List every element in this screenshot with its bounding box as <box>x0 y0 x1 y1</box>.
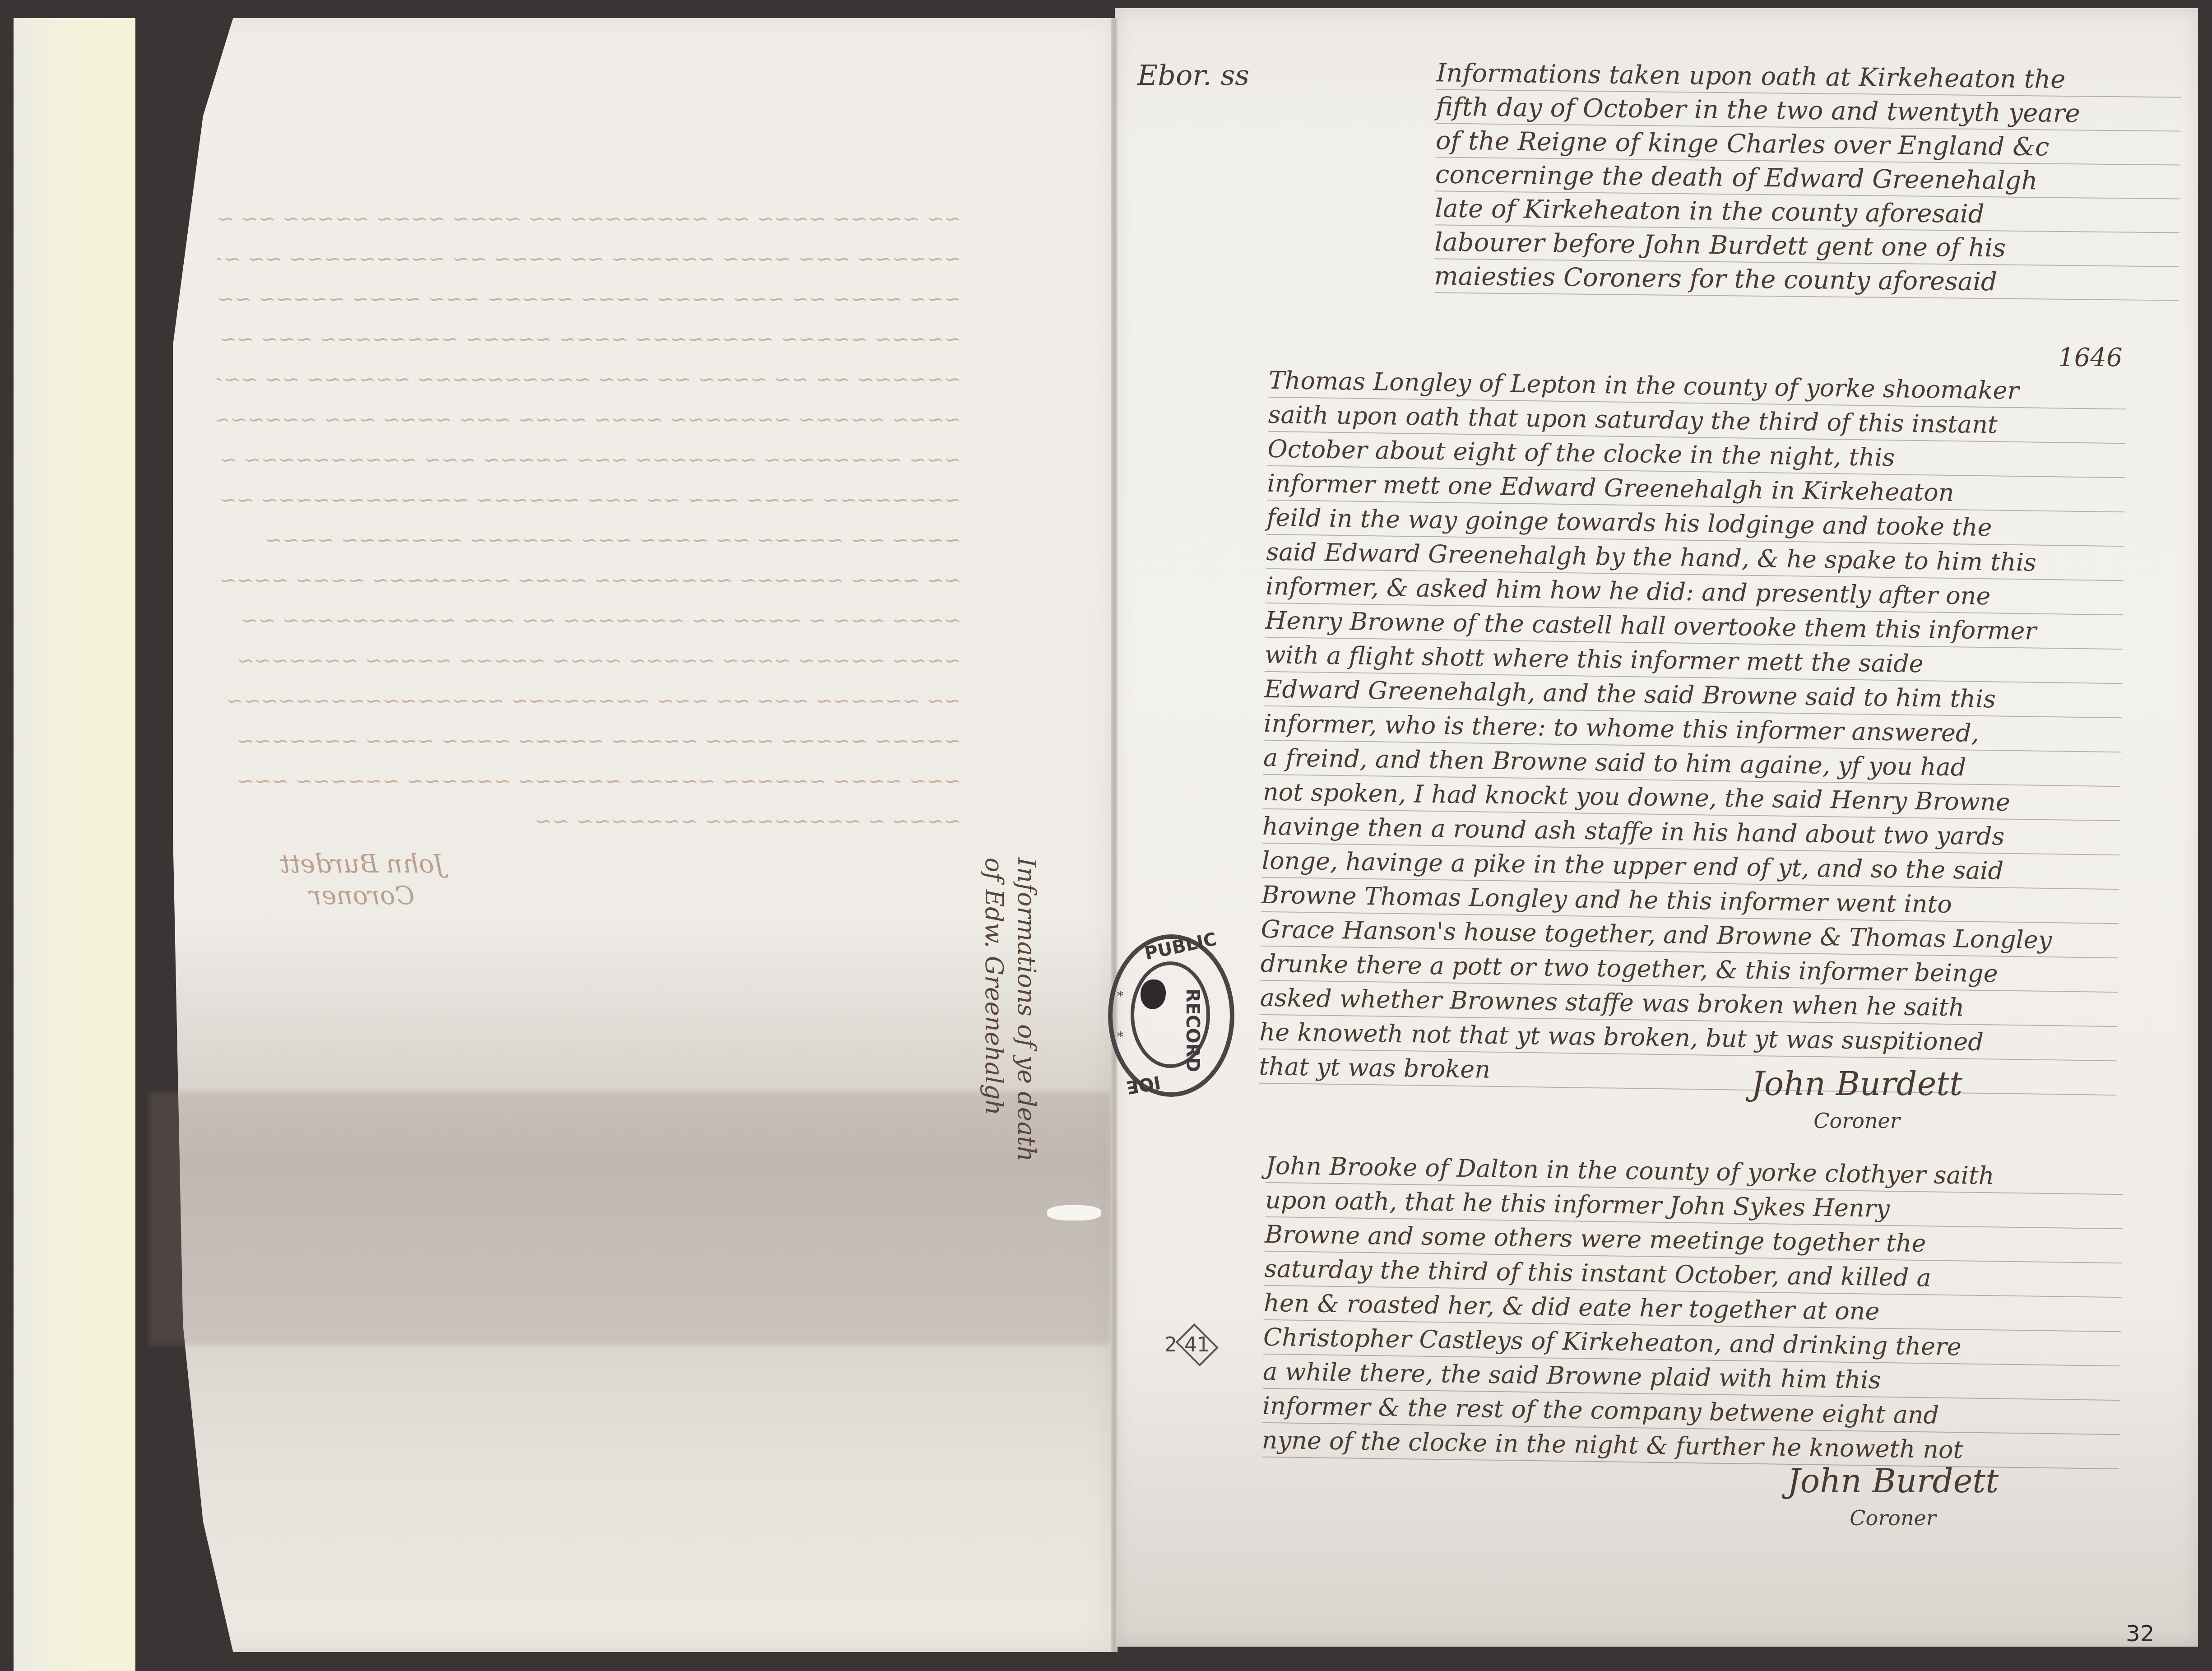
bleed-through-text: ~~ ~~~~~ ~~~~ ~~ ~~~~~~~~ ~~ ~~~~ ~~~~ ~… <box>217 199 961 841</box>
center-fold <box>1111 18 1118 1652</box>
bleed-through-signature: John Burdett Coroner <box>280 849 444 912</box>
star-icon: * <box>1117 989 1123 1003</box>
folio-number: 32 <box>2126 1620 2155 1647</box>
deposition-longley: Thomas Longley of Lepton in the county o… <box>1259 364 2126 1096</box>
deposition-brooke: John Brooke of Dalton in the county of y… <box>1261 1150 2123 1470</box>
paper-tear <box>1047 1205 1101 1221</box>
endorsement: Informations of ye death of Edw. Greeneh… <box>978 858 1043 1161</box>
heading-caption: Informations taken upon oath at Kirkehea… <box>1434 57 2181 302</box>
reference-mark: 241 <box>1164 1332 1214 1358</box>
heading-line: maiesties Coroners for the county afores… <box>1434 260 2179 301</box>
water-stain <box>149 1092 1110 1345</box>
stamp-text-right: RECORD <box>1182 989 1203 1072</box>
signature-burdett-2: John Burdett Coroner <box>1787 1462 1999 1536</box>
signature-burdett-1: John Burdett Coroner <box>1751 1065 1962 1139</box>
public-record-office-stamp: PUBLIC RECORD IOE * * <box>1108 934 1234 1097</box>
stamp-text-bottom: IOE <box>1125 1072 1162 1098</box>
margin-note: Ebor. ss <box>1137 59 1249 92</box>
year-date: 1646 <box>2058 343 2123 372</box>
star-icon: * <box>1117 1029 1123 1044</box>
mount-strip <box>14 18 135 1671</box>
